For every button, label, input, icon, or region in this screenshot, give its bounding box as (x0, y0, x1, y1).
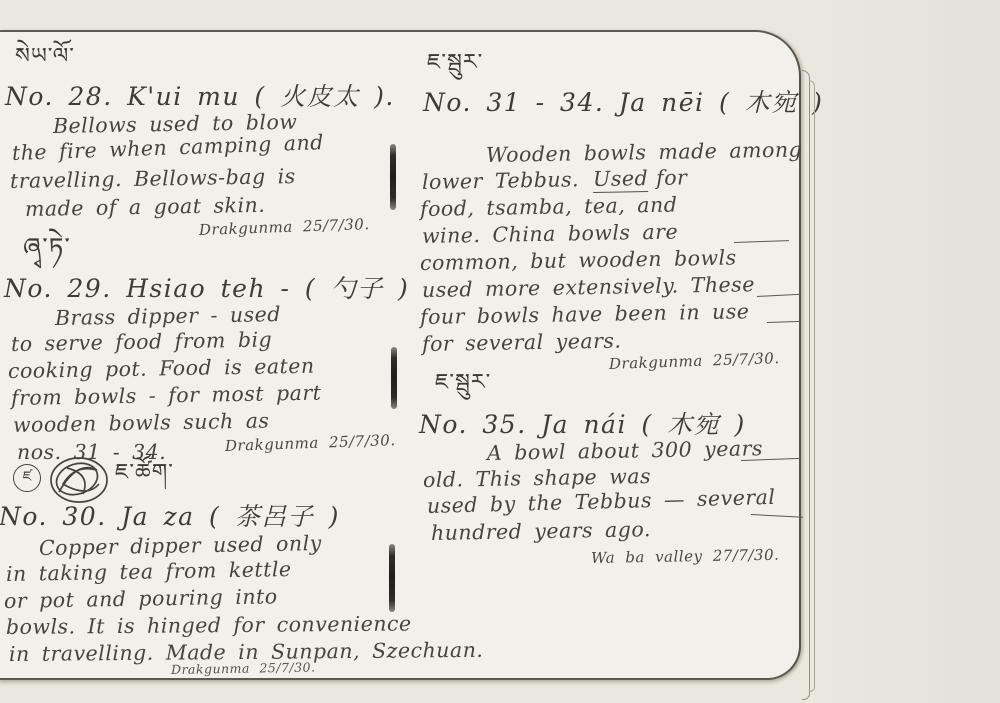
entry-heading: No. 35. Ja nái ( 木宛 ) (419, 412, 746, 437)
pen-flourish (751, 514, 803, 518)
manuscript-line: made of a goat skin. (25, 195, 266, 220)
manuscript-line: hundred years ago. (431, 519, 651, 543)
entry-heading: No. 29. Hsiao teh - ( 勺子 ) (4, 276, 409, 301)
manuscript-line: four bowls have been in use (420, 301, 750, 327)
manuscript-line: or pot and pouring into (4, 586, 278, 611)
tibetan-heading: ཇ་སྦུར་ (435, 372, 491, 394)
tibetan-heading: སེཡ་ལོ་ (15, 46, 75, 68)
manuscript-line: used by the Tebbus — several (427, 487, 776, 517)
manuscript-line: lower Tebbus.Usedfor (422, 167, 688, 192)
signoff: Drakgunma 25/7/30. (225, 433, 396, 454)
signoff: Drakgunma 25/7/30. (171, 661, 316, 676)
manuscript-line: Copper dipper used only (39, 533, 322, 558)
manuscript-line: to serve food from big (11, 329, 273, 354)
manuscript-line: used more extensively. These (422, 274, 755, 300)
signoff: Wa ba valley 27/7/30. (591, 548, 780, 566)
manuscript-line: Wooden bowls made among (486, 139, 803, 165)
binding-stitch (391, 347, 397, 409)
manuscript-line: common, but wooden bowls (420, 247, 737, 273)
tibetan-heading: ཇ་ཚོག་ (115, 462, 174, 484)
manuscript-line: wine. China bowls are (422, 222, 678, 247)
manuscript-line: food, tsamba, tea, and (420, 195, 678, 220)
manuscript-line: Brass dipper - used (55, 304, 281, 328)
signoff: Drakgunma 25/7/30. (199, 217, 370, 238)
binding-stitch (390, 144, 396, 210)
pen-flourish (734, 240, 789, 243)
manuscript-line: for several years. (422, 331, 622, 355)
manuscript-line: old. This shape was (423, 466, 651, 490)
manuscript-line: A bowl about 300 years (487, 438, 763, 463)
tibetan-heading: ཇ་སྦུར་ (427, 52, 483, 74)
entry-heading: No. 30. Ja za ( 茶呂子 ) (0, 504, 340, 529)
line-part: lower Tebbus. (422, 167, 579, 194)
pen-flourish (767, 321, 801, 323)
manuscript-line: in taking tea from kettle (6, 559, 292, 584)
notebook-page: སེཡ་ལོ་ No. 28. K'ui mu ( 火皮太 ). Bellows… (0, 30, 801, 680)
line-part: for (656, 165, 688, 190)
underlined-word: Used (593, 166, 649, 193)
entry-heading: No. 31 - 34. Ja nēi ( 木宛 ) (423, 90, 823, 115)
manuscript-line: wooden bowls such as (13, 411, 270, 436)
manuscript-line: bowls. It is hinged for convenience (6, 613, 412, 637)
binding-stitch (389, 544, 395, 612)
scribble-icon (47, 454, 111, 506)
manuscript-line: from bowls - for most part (11, 383, 322, 409)
pen-flourish (757, 294, 801, 297)
notebook-scan: སེཡ་ལོ་ No. 28. K'ui mu ( 火皮太 ). Bellows… (0, 0, 1000, 703)
manuscript-line: travelling. Bellows-bag is (10, 166, 296, 191)
manuscript-line: cooking pot. Food is eaten (8, 356, 315, 382)
circled-tibetan-glyph: ཛ (13, 464, 41, 492)
stacked-page-edge (809, 80, 815, 692)
signoff: Drakgunma 25/7/30. (609, 351, 780, 372)
tibetan-heading: ཞྭ་ཏེ་ (23, 235, 71, 261)
entry-heading: No. 28. K'ui mu ( 火皮太 ). (5, 84, 395, 109)
